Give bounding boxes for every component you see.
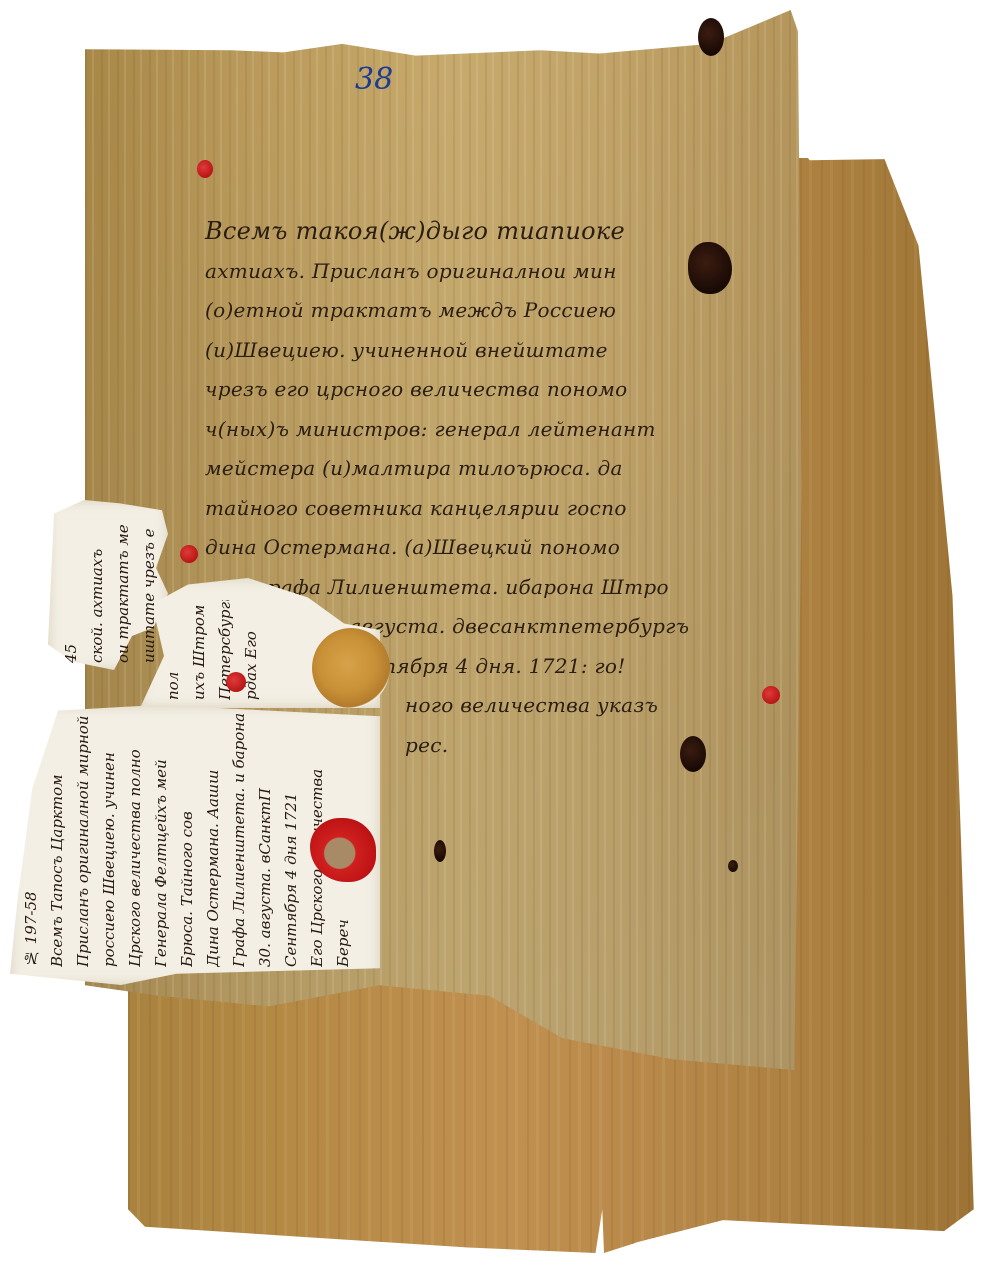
text-line: тайного советника канцелярии госпо (205, 489, 695, 529)
fragment-line: 30. августа. вСанктП (252, 712, 278, 967)
fragment-line: Графа Лилиенштета. и барона (226, 712, 252, 967)
fragment-line: Брюса. Тайного сов (174, 712, 200, 967)
fragment-line: ихъ Штром (186, 600, 212, 700)
fragment-line: Всемъ Тапосъ Царктом (44, 712, 70, 967)
fragment-line: Генерала Фелтцейхъ мей (148, 712, 174, 967)
red-wax-dot (226, 672, 246, 692)
ink-stain (434, 840, 446, 862)
text-line: мейстера (и)малтира тилоърюса. да (205, 449, 695, 489)
fragment-label: 45 (58, 508, 84, 663)
fragment-line: Сентября 4 дня 1721 (278, 712, 304, 967)
ink-stain (698, 18, 724, 56)
page-number: 38 (355, 62, 393, 97)
catalog-number: № 197-58 (18, 712, 44, 967)
text-line: Всемъ такоя(ж)дыго тиапиоке (205, 212, 695, 252)
fragment-line: россиею Швециею. учинен (96, 712, 122, 967)
fragment-line: пол (160, 600, 186, 700)
text-line: дина Остермана. (а)Швецкий пономо (205, 528, 695, 568)
text-line: чрезъ его црсного величества пономо (205, 370, 695, 410)
fragment-line: иштате чрезъ е (136, 508, 162, 663)
fragment-line: Присланъ оригиналной мирной (70, 712, 96, 967)
text-line: (и)Швециею. учиненной внейштате (205, 331, 695, 371)
text-line: (о)етной трактатъ междъ Россиею (205, 291, 695, 331)
yellow-wax-seal (312, 628, 390, 708)
fragment-line: Дина Остермана. Аашш (200, 712, 226, 967)
text-line: ахтиахъ. Присланъ оригиналнои мин (205, 252, 695, 292)
red-wax-dot (197, 160, 213, 178)
red-wax-dot (180, 545, 198, 563)
text-line: ч(ных)ъ министров: генерал лейтенант (205, 410, 695, 450)
paper-fragment-top-text: 45 ской. ахтиахъ ои трактатъ ме иштате ч… (58, 508, 163, 663)
paper-fragment-bottom-text: № 197-58 Всемъ Тапосъ Царктом Присланъ о… (18, 712, 358, 967)
fragment-line: ои трактатъ ме (110, 508, 136, 663)
fragment-line: ской. ахтиахъ (84, 508, 110, 663)
fragment-line: Црского величества полно (122, 712, 148, 967)
ink-stain (728, 860, 738, 872)
red-wax-dot (762, 686, 780, 704)
